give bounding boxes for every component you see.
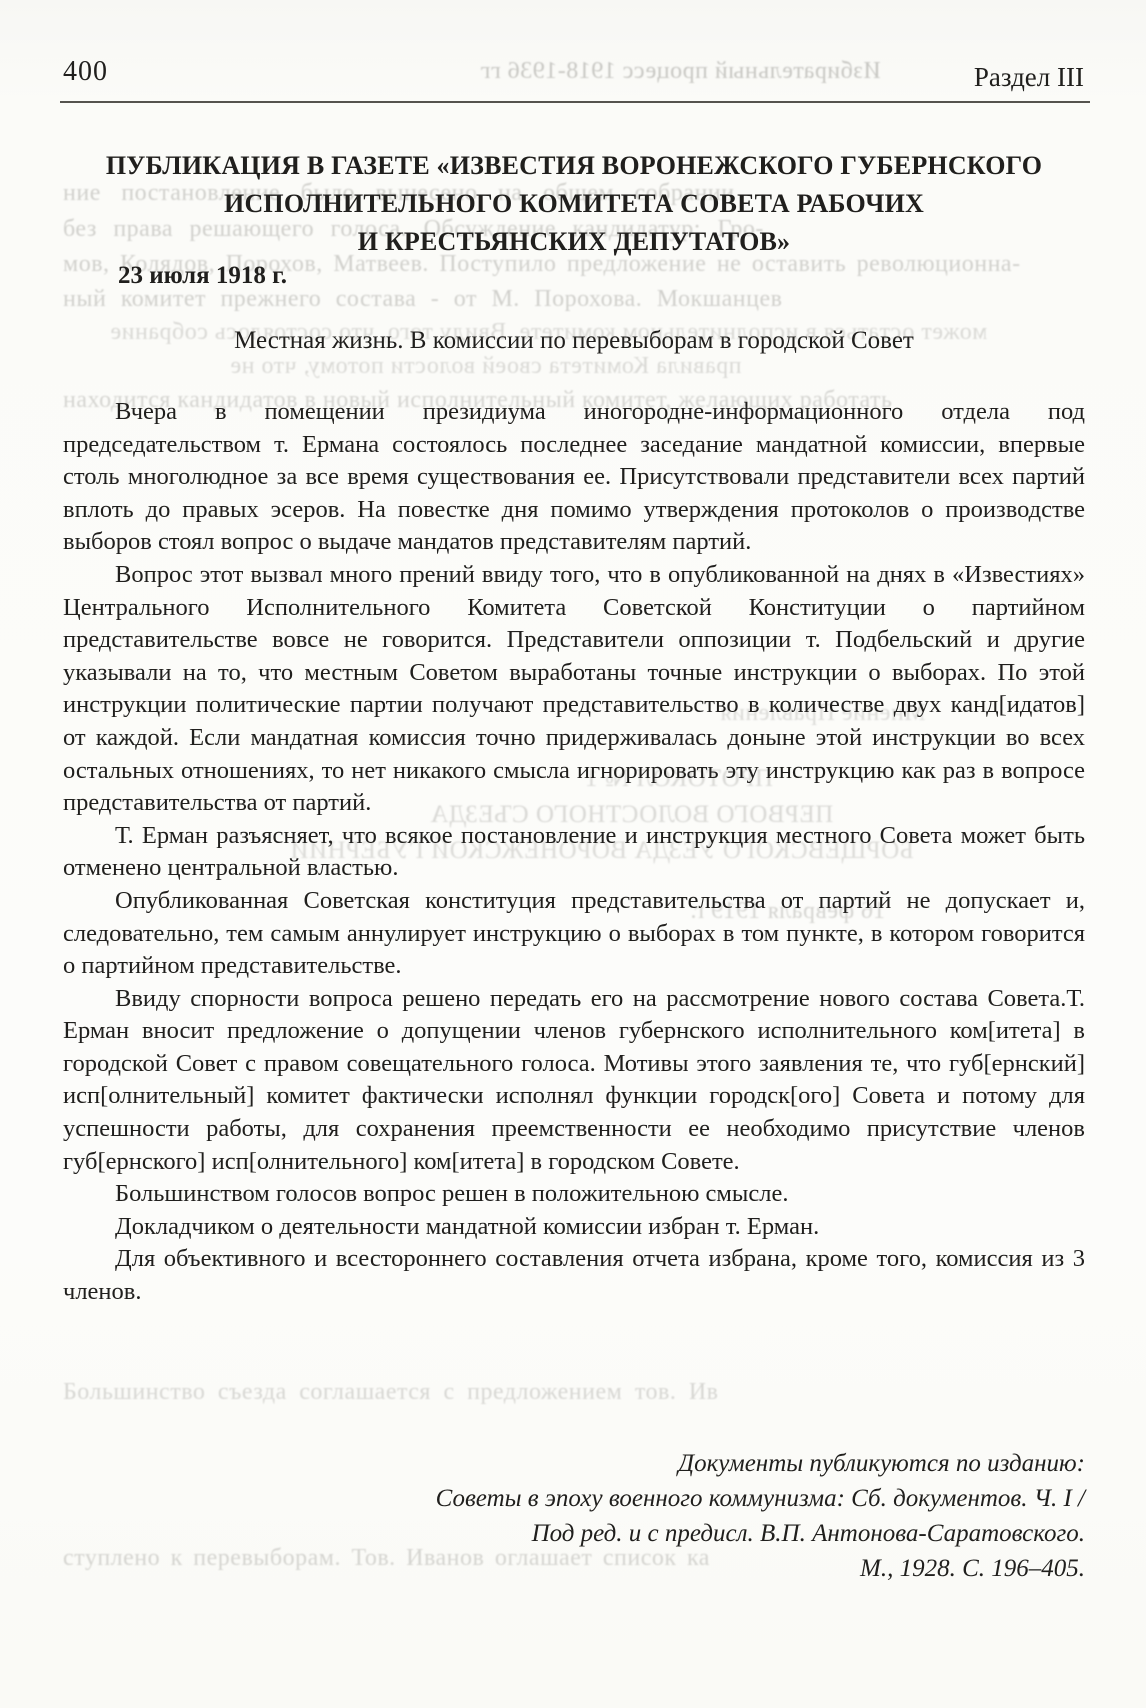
source-line: Советы в эпоху военного коммунизма: Сб. … bbox=[165, 1481, 1085, 1516]
section-header: Раздел III bbox=[974, 62, 1084, 93]
paragraph: Опубликованная Советская конституция пре… bbox=[63, 885, 1085, 983]
paragraph: Вопрос этот вызвал много прений ввиду то… bbox=[63, 559, 1085, 820]
paragraph: Большинством голосов вопрос решен в поло… bbox=[63, 1178, 1085, 1211]
bleedthrough-text: Избирательный процесс 1918-1936 гг bbox=[480, 58, 881, 85]
article-subheading: Местная жизнь. В комиссии по перевыборам… bbox=[63, 327, 1085, 355]
source-line: Документы публикуются по изданию: bbox=[165, 1446, 1085, 1481]
document-date: 23 июля 1918 г. bbox=[118, 262, 287, 290]
paragraph: Т. Ерман разъясняет, что всякое постанов… bbox=[63, 820, 1085, 885]
document-title: ПУБЛИКАЦИЯ В ГАЗЕТЕ «ИЗВЕСТИЯ ВОРОНЕЖСКО… bbox=[63, 147, 1085, 261]
bleedthrough-text: ный комитет прежнего состава - от М. Пор… bbox=[63, 286, 782, 313]
title-line: ИСПОЛНИТЕЛЬНОГО КОМИТЕТА СОВЕТА РАБОЧИХ bbox=[63, 185, 1085, 223]
scanned-book-page: Избирательный процесс 1918-1936 гг ние п… bbox=[0, 0, 1146, 1708]
paragraph: Для объективного и всестороннего составл… bbox=[63, 1243, 1085, 1308]
source-line: М., 1928. С. 196–405. bbox=[165, 1551, 1085, 1586]
title-line: И КРЕСТЬЯНСКИХ ДЕПУТАТОВ» bbox=[63, 223, 1085, 261]
source-attribution: Документы публикуются по изданию: Советы… bbox=[165, 1446, 1085, 1586]
article-body: Вчера в помещении президиума иногородне-… bbox=[63, 396, 1085, 1309]
paragraph: Ввиду спорности вопроса решено передать … bbox=[63, 983, 1085, 1179]
page-number: 400 bbox=[63, 56, 108, 88]
paragraph: Докладчиком о деятельности мандатной ком… bbox=[63, 1211, 1085, 1244]
bleedthrough-text: правила Комитета своей волости потому, ч… bbox=[230, 353, 742, 380]
source-line: Под ред. и с предисл. В.П. Антонова-Сара… bbox=[165, 1516, 1085, 1551]
paragraph: Вчера в помещении президиума иногородне-… bbox=[63, 396, 1085, 559]
bleedthrough-text: Большинство съезда соглашается с предлож… bbox=[63, 1379, 718, 1406]
title-line: ПУБЛИКАЦИЯ В ГАЗЕТЕ «ИЗВЕСТИЯ ВОРОНЕЖСКО… bbox=[63, 147, 1085, 185]
header-rule bbox=[60, 101, 1090, 103]
